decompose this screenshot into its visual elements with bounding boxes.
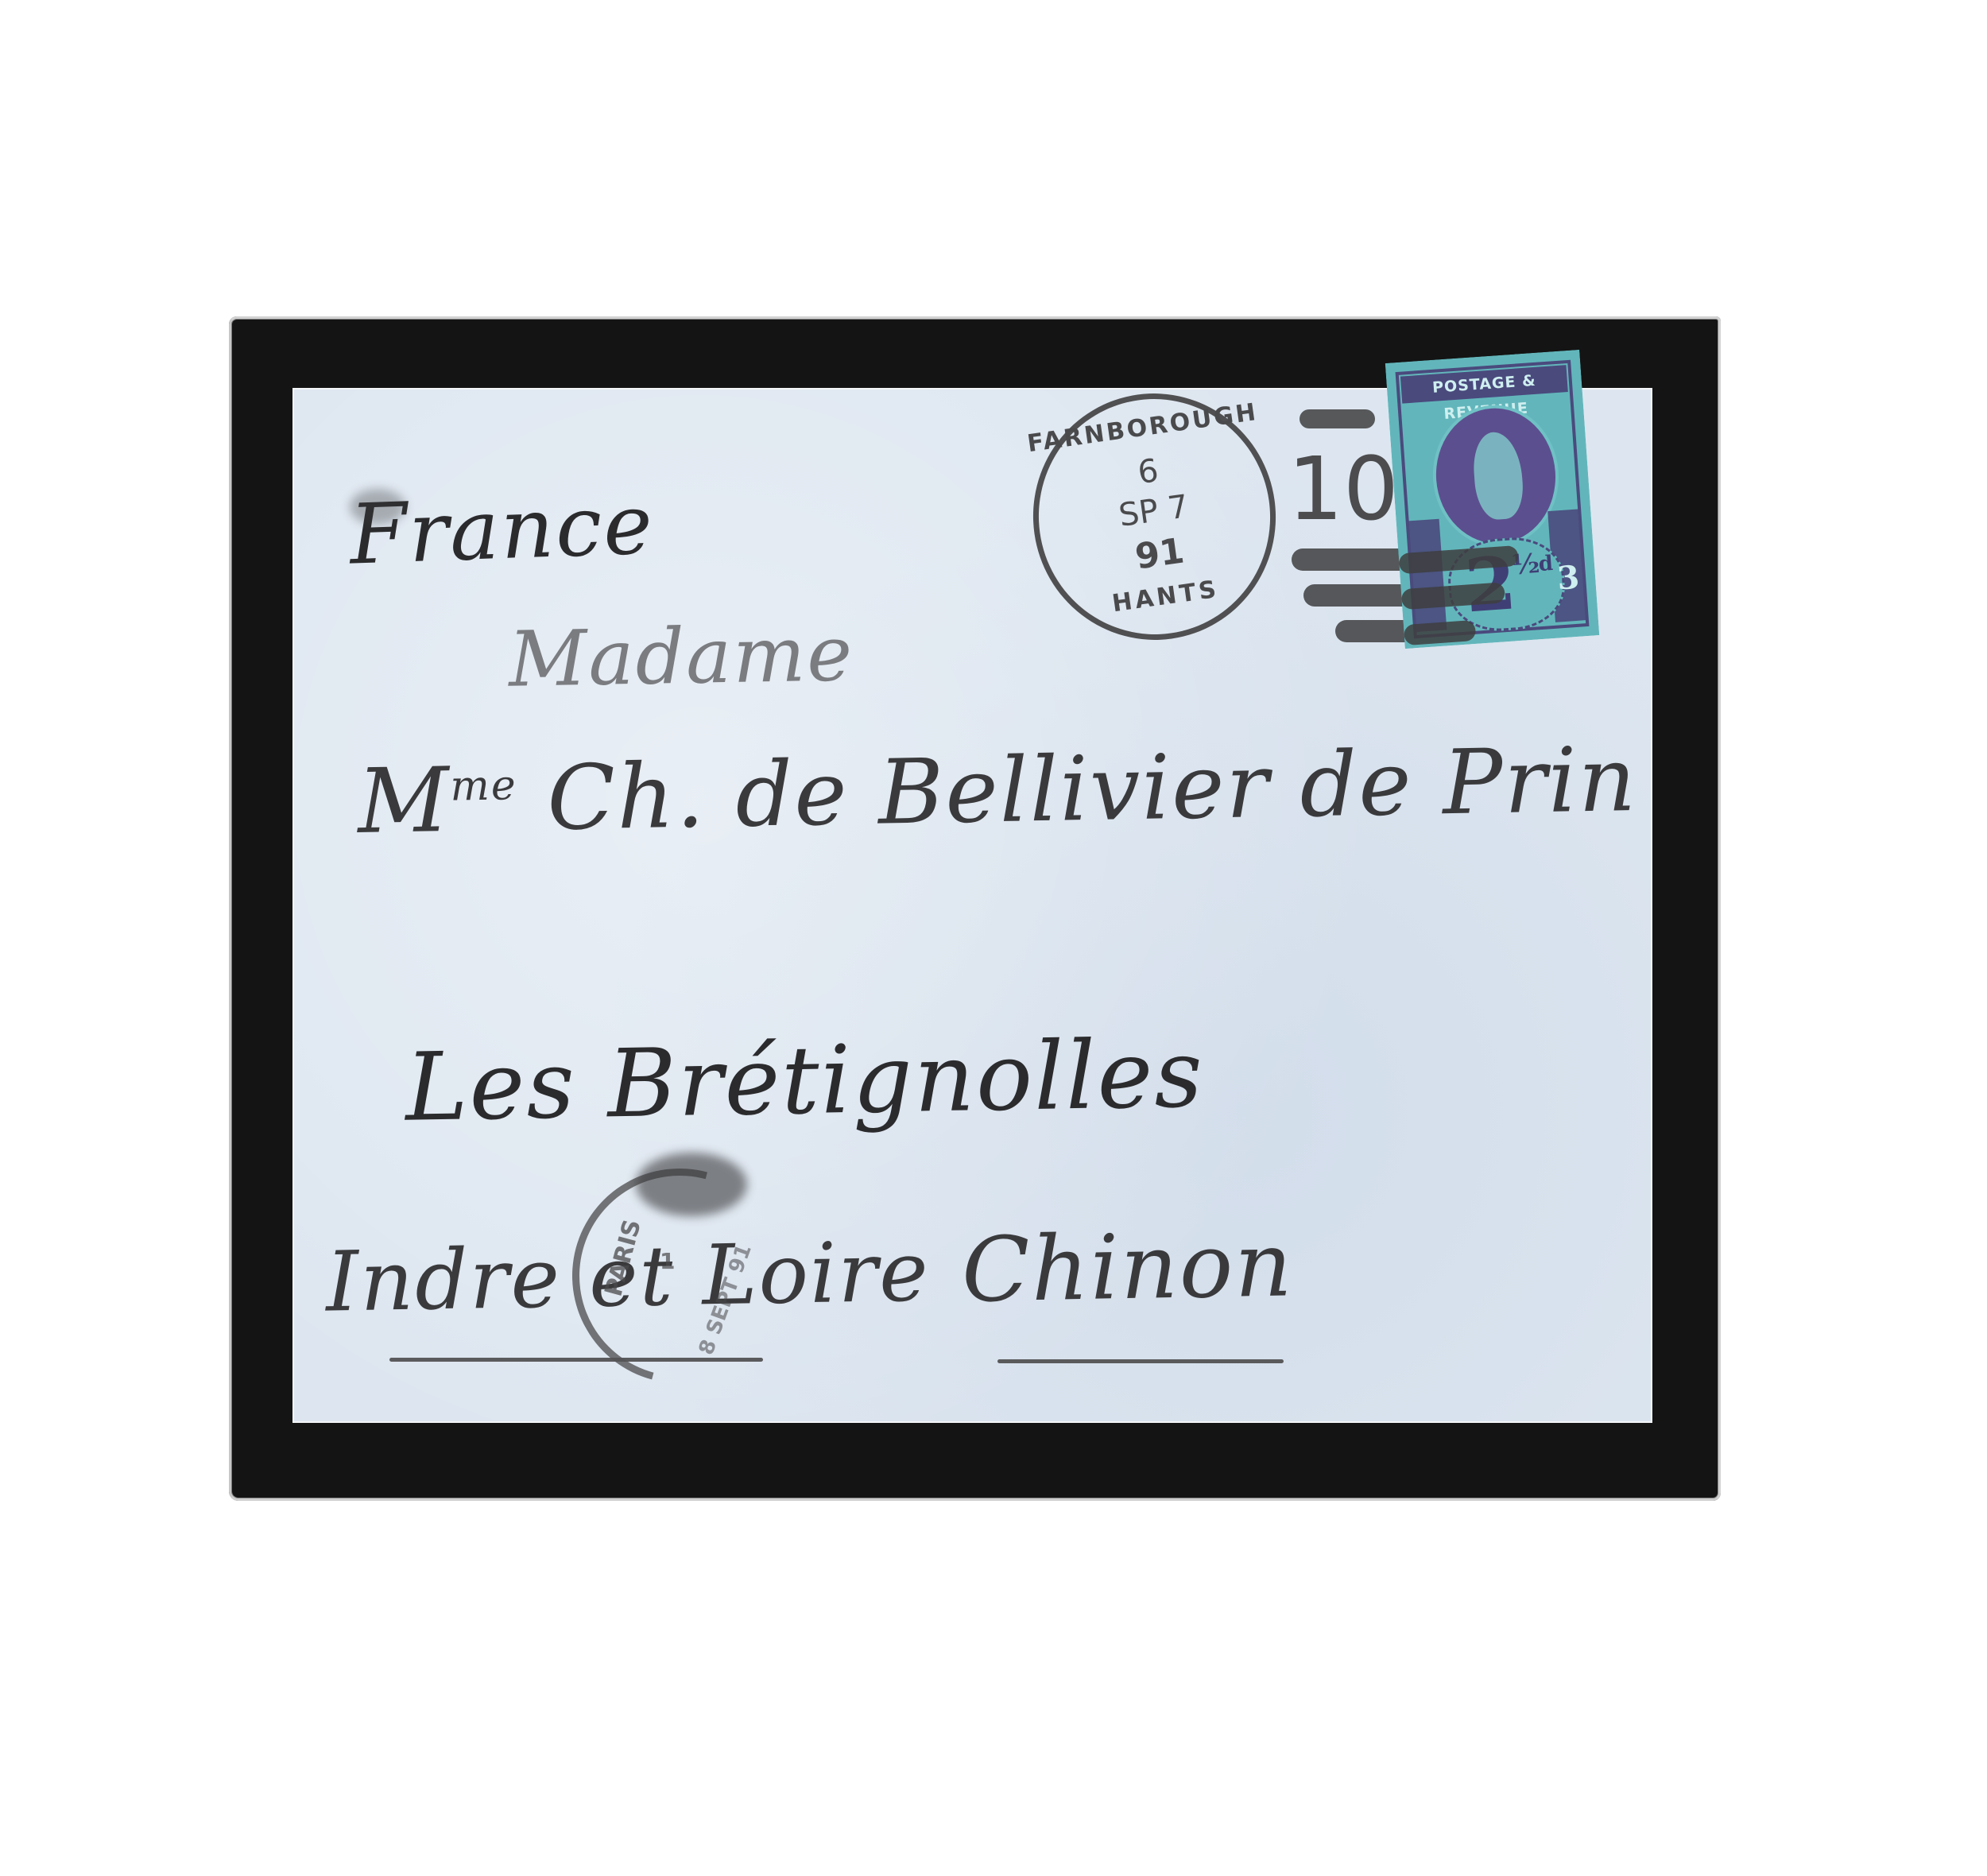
stamp-cancel-bar <box>1404 620 1477 645</box>
town-underline <box>997 1359 1284 1363</box>
ink-blot <box>350 489 405 525</box>
duplex-number: 10 <box>1288 441 1399 537</box>
postage-stamp: POSTAGE & REVENUE 2 ½ d 3 <box>1385 350 1600 649</box>
salutation-line: Madame <box>508 609 854 704</box>
recipient-title-sup: me <box>450 762 517 810</box>
town-text: Chinon <box>961 1213 1295 1322</box>
locality-text: Les Brétignolles <box>405 1018 1205 1142</box>
stamp-corner-numeral: 3 <box>1551 558 1586 598</box>
recipient-title: M <box>357 749 451 854</box>
salutation-text: Madame <box>508 609 854 704</box>
cancel-bar <box>1299 409 1375 428</box>
queen-head-icon <box>1471 430 1525 521</box>
town-line: Chinon <box>961 1213 1295 1322</box>
arrival-postmark-code: 1 <box>660 1248 675 1274</box>
arrival-postmark-smudge <box>636 1153 747 1216</box>
recipient-name: Ch. de Bellivier de Prin <box>546 728 1638 851</box>
locality-line: Les Brétignolles <box>405 1018 1205 1142</box>
